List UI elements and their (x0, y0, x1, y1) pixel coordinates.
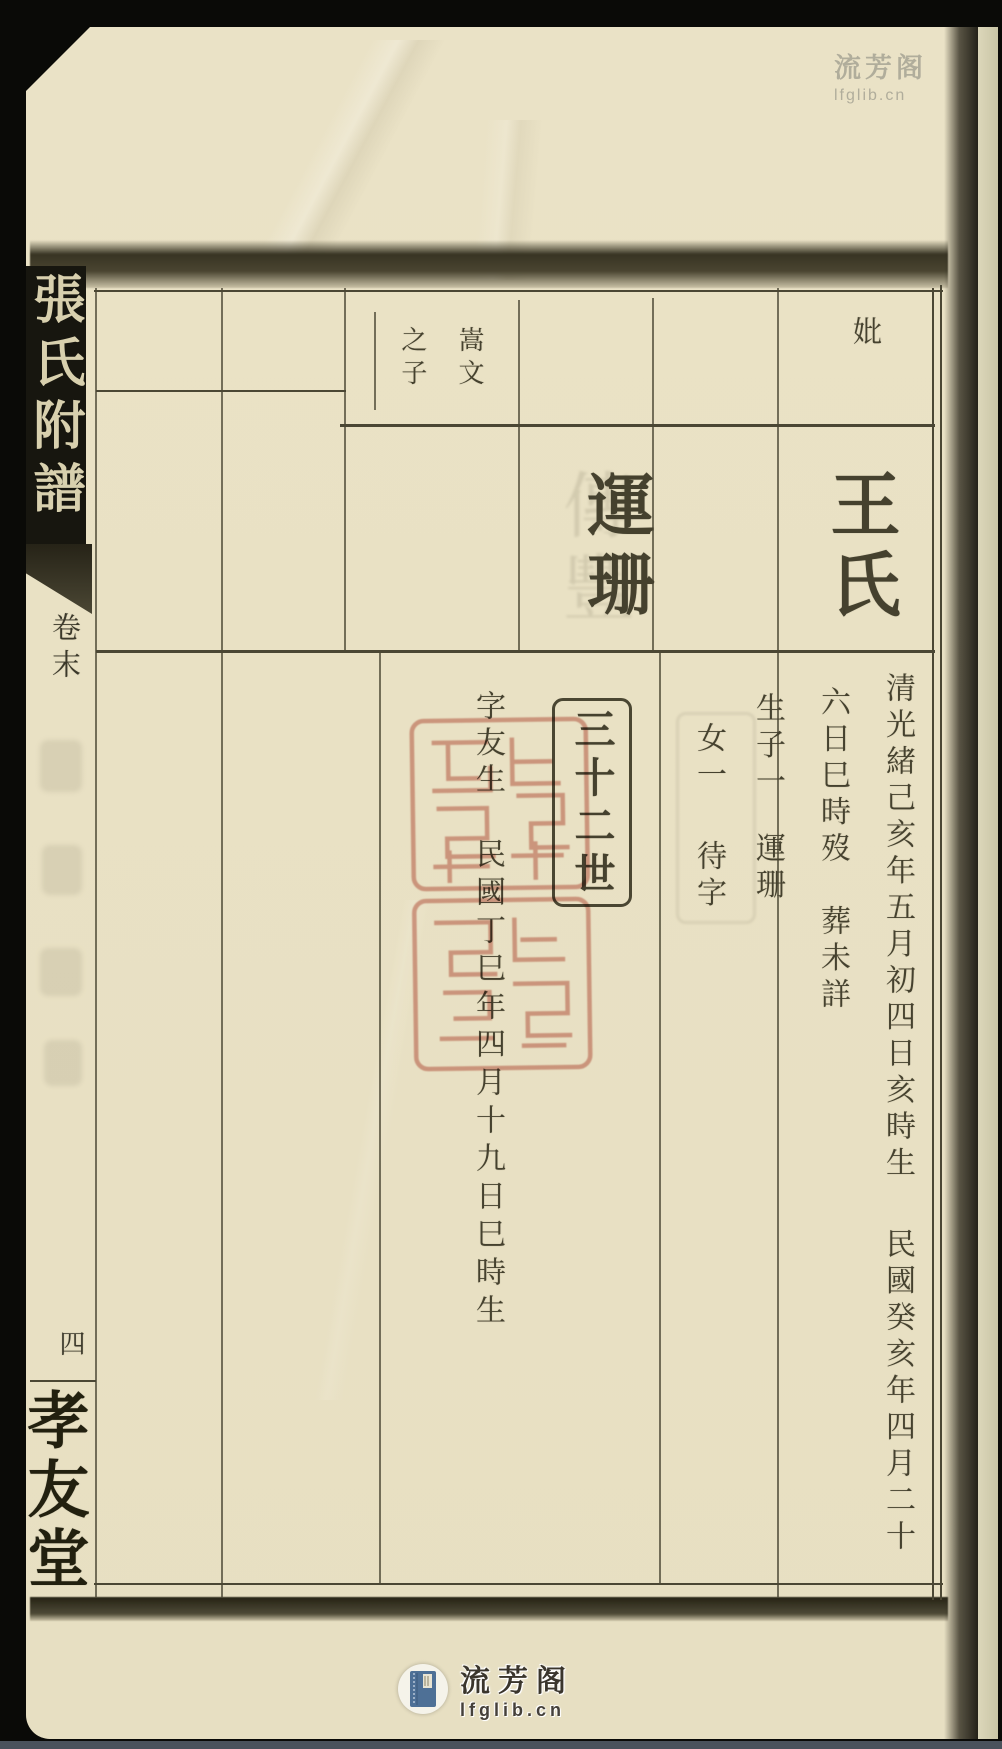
consort-birth-date: 清光緒己亥年五月初四日亥時生 (875, 672, 919, 1183)
table-line (340, 424, 935, 427)
table-line (344, 288, 346, 652)
genealogy-scan-page: 傳豐 張氏附譜 卷末 四 孝友堂 嵩文之子 妣 運珊 王氏 三十二世 清光緒己亥… (0, 0, 1002, 1749)
table-top-rule (30, 240, 948, 288)
table-line (940, 285, 942, 1600)
hall-name: 孝友堂 (26, 1388, 96, 1595)
bottom-bar (0, 1741, 1002, 1749)
consort-birth-date-continued: 民國癸亥年四月二十 (875, 1228, 919, 1557)
daughters-count-label: 女一 (686, 722, 730, 795)
table-line (379, 650, 381, 1585)
bleedthrough-mark (44, 1040, 82, 1086)
watermark-site-url: lfglib.cn (834, 87, 927, 105)
red-collection-seal (408, 715, 595, 1074)
table-line (518, 300, 520, 652)
table-line (221, 288, 223, 1598)
table-bottom-rule (30, 1597, 948, 1621)
sons-count-label: 生子一 (745, 692, 789, 802)
watermark-site-name: 流芳阁 (834, 46, 927, 85)
bleedthrough-mark (40, 948, 82, 996)
consort-death-date: 六日巳時歿 (810, 686, 854, 869)
bleedthrough-mark (40, 740, 82, 792)
consort-name: 王氏 (808, 468, 909, 628)
page-number: 四 (52, 1330, 89, 1356)
son-name: 運珊 (745, 832, 789, 905)
table-line (30, 1380, 96, 1382)
table-line (659, 650, 661, 1585)
father-lineage-note: 嵩文之子 (386, 326, 498, 400)
spine-title-label: 張氏附譜 (26, 266, 86, 544)
descendant-name: 運珊 (567, 470, 663, 628)
consort-burial-note: 葬未詳 (810, 905, 854, 1015)
spine-title: 張氏附譜 (26, 272, 86, 524)
page-edge-shadow (944, 27, 978, 1739)
watermark-badge (398, 1664, 448, 1714)
volume-section-label: 卷末 (44, 612, 85, 686)
consort-label: 妣 (845, 316, 886, 345)
book-logo-icon (406, 1669, 440, 1709)
table-line (777, 288, 779, 1598)
watermark-bottom: 流芳阁 lfglib.cn (398, 1656, 574, 1721)
watermark-top: 流芳阁 lfglib.cn (834, 46, 927, 105)
next-page-edge (978, 27, 998, 1739)
hall-name-label: 孝友堂 (26, 1388, 96, 1598)
table-line (932, 288, 934, 1600)
bleedthrough-mark (42, 845, 82, 895)
watermark-site-url: lfglib.cn (460, 1700, 574, 1721)
daughter-status: 待字 (686, 840, 730, 913)
table-line (374, 312, 376, 410)
watermark-site-name: 流芳阁 (460, 1656, 574, 1700)
